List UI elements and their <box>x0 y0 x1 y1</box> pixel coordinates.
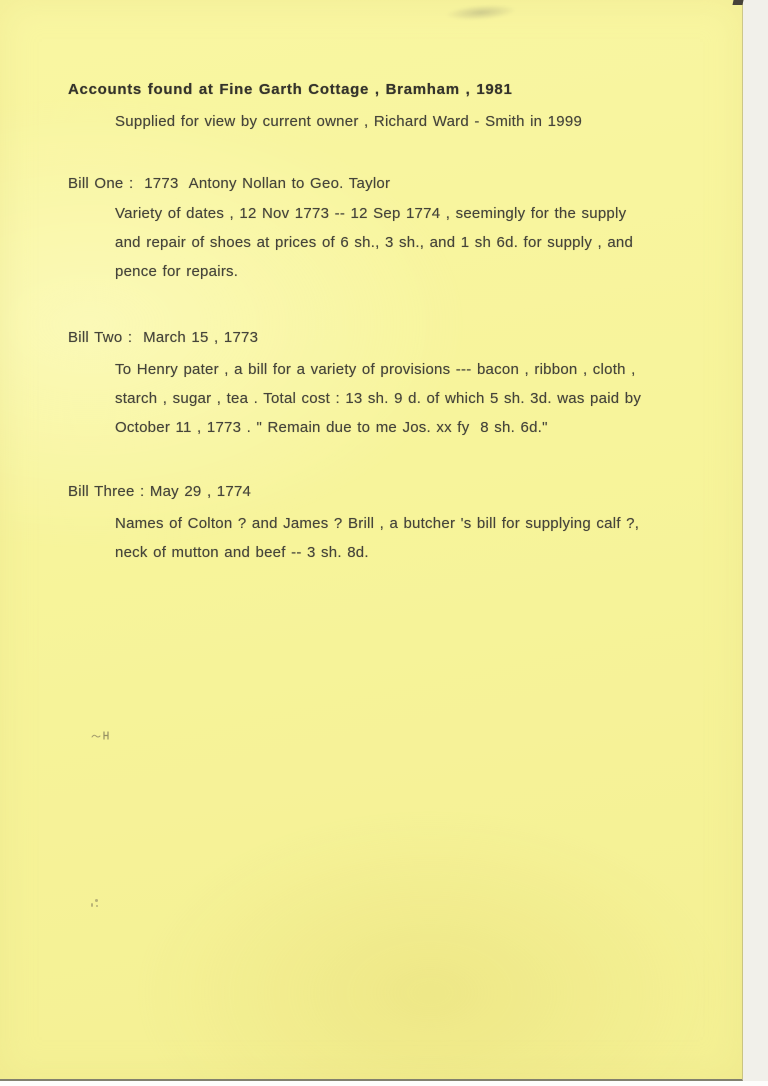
bill-one-line: pence for repairs. <box>115 263 238 280</box>
bill-three-line: neck of mutton and beef -- 3 sh. 8d. <box>115 544 369 561</box>
document-title: Accounts found at Fine Garth Cottage , B… <box>68 81 513 98</box>
bill-one-line: and repair of shoes at prices of 6 sh., … <box>115 234 633 251</box>
document-subtitle: Supplied for view by current owner , Ric… <box>115 113 582 130</box>
bill-three-line: Names of Colton ? and James ? Brill , a … <box>115 515 639 532</box>
bill-two-heading: Bill Two : March 15 , 1773 <box>68 329 258 346</box>
scan-speck <box>91 899 99 909</box>
bill-two-line: starch , sugar , tea . Total cost : 13 s… <box>115 390 641 407</box>
corner-scan-mark <box>732 0 743 5</box>
scanned-page: Accounts found at Fine Garth Cottage , B… <box>0 0 768 1086</box>
scanner-background <box>0 1081 768 1086</box>
bill-one-heading: Bill One : 1773 Antony Nollan to Geo. Ta… <box>68 175 390 192</box>
pencil-mark <box>91 729 113 743</box>
bill-one-line: Variety of dates , 12 Nov 1773 -- 12 Sep… <box>115 205 626 222</box>
paper-sheet <box>0 0 743 1081</box>
bill-three-heading: Bill Three : May 29 , 1774 <box>68 483 251 500</box>
bill-two-line: October 11 , 1773 . " Remain due to me J… <box>115 419 548 436</box>
bill-two-line: To Henry pater , a bill for a variety of… <box>115 361 636 378</box>
